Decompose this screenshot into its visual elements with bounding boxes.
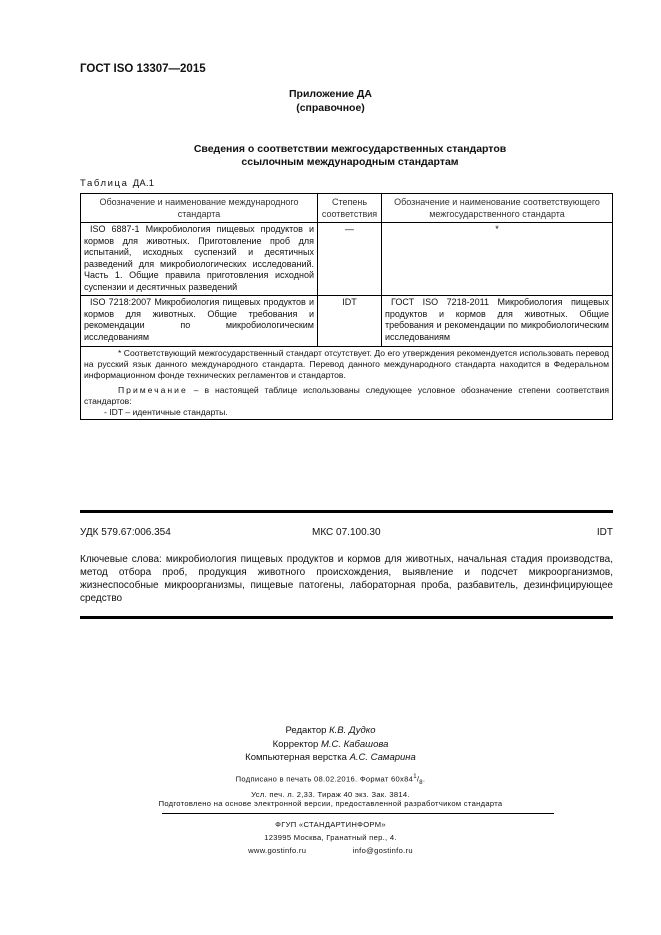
credit-editor-name: К.В. Дудко <box>329 725 375 736</box>
section-title-line-2: ссылочным международным стандартам <box>80 156 620 169</box>
table-caption-word: Таблица <box>80 178 128 189</box>
cell-international-standard: ISO 6887-1 Микробиология пищевых продукт… <box>81 223 318 296</box>
publisher-name: ФГУП «СТАНДАРТИНФОРМ» <box>0 818 661 831</box>
note-label: Примечание <box>118 385 188 395</box>
divider-bottom <box>80 616 613 619</box>
section-title: Сведения о соответствии межгосударственн… <box>80 143 620 169</box>
table-caption: Таблица ДА.1 <box>80 178 154 189</box>
note: Примечание – в настоящей таблице использ… <box>84 385 609 407</box>
credits: Редактор К.В. Дудко Корректор М.С. Кабаш… <box>0 724 661 765</box>
footnote: * Соответствующий межгосударственный ста… <box>84 348 609 381</box>
header-international-standard: Обозначение и наименование международног… <box>81 194 318 223</box>
format-fraction-numerator: 1 <box>413 774 417 780</box>
cell-interstate-standard: ГОСТ ISO 7218-2011 Микробиология пищевых… <box>382 296 613 347</box>
section-title-line-1: Сведения о соответствии межгосударственн… <box>80 143 620 156</box>
document-code: ГОСТ ISO 13307—2015 <box>80 63 206 75</box>
header-degree: Степень соответствия <box>318 194 382 223</box>
credit-corrector-name: М.С. Кабашова <box>321 739 388 750</box>
annex-heading: Приложение ДА (справочное) <box>0 87 661 115</box>
udk-code: УДК 579.67:006.354 <box>80 527 171 538</box>
credit-editor-label: Редактор <box>286 725 330 736</box>
credit-layout: Компьютерная верстка А.С. Самарина <box>0 751 661 765</box>
publisher-address: 123995 Москва, Гранатный пер., 4. <box>0 831 661 844</box>
publisher-block: ФГУП «СТАНДАРТИНФОРМ» 123995 Москва, Гра… <box>0 818 661 857</box>
credit-corrector-label: Корректор <box>273 739 321 750</box>
table-notes: * Соответствующий межгосударственный ста… <box>81 347 613 420</box>
print-info: Подписано в печать 08.02.2016. Формат 60… <box>0 772 661 800</box>
table-header-row: Обозначение и наименование международног… <box>81 194 613 223</box>
prepared-note: Подготовлено на основе электронной верси… <box>0 799 661 808</box>
cell-degree: — <box>318 223 382 296</box>
header-interstate-standard: Обозначение и наименование соответствующ… <box>382 194 613 223</box>
annex-title: Приложение ДА <box>0 87 661 101</box>
credit-layout-name: А.С. Самарина <box>350 752 416 763</box>
credit-corrector: Корректор М.С. Кабашова <box>0 738 661 752</box>
publisher-contacts: www.gostinfo.ru info@gostinfo.ru <box>0 844 661 857</box>
print-signed-end: . <box>423 775 425 784</box>
cell-interstate-standard: * <box>382 223 613 296</box>
keywords: Ключевые слова: микробиология пищевых пр… <box>80 553 613 605</box>
annex-type: (справочное) <box>0 101 661 115</box>
correspondence-table: Обозначение и наименование международног… <box>80 193 613 420</box>
mks-code: МКС 07.100.30 <box>312 527 381 538</box>
note-item: - IDT – идентичные стандарты. <box>84 407 609 418</box>
degree-code: IDT <box>597 527 613 538</box>
cell-international-standard: ISO 7218:2007 Микробиология пищевых прод… <box>81 296 318 347</box>
table-notes-row: * Соответствующий межгосударственный ста… <box>81 347 613 420</box>
publisher-website-link[interactable]: www.gostinfo.ru <box>248 844 306 857</box>
divider-publisher <box>162 813 554 814</box>
print-signed-text: Подписано в печать 08.02.2016. Формат 60… <box>236 775 414 784</box>
publisher-email-link[interactable]: info@gostinfo.ru <box>353 844 413 857</box>
credit-layout-label: Компьютерная верстка <box>245 752 349 763</box>
print-signed: Подписано в печать 08.02.2016. Формат 60… <box>0 772 661 789</box>
divider-top <box>80 510 613 513</box>
credit-editor: Редактор К.В. Дудко <box>0 724 661 738</box>
table-caption-number: ДА.1 <box>133 178 155 189</box>
table-row: ISO 6887-1 Микробиология пищевых продукт… <box>81 223 613 296</box>
cell-degree: IDT <box>318 296 382 347</box>
table-row: ISO 7218:2007 Микробиология пищевых прод… <box>81 296 613 347</box>
